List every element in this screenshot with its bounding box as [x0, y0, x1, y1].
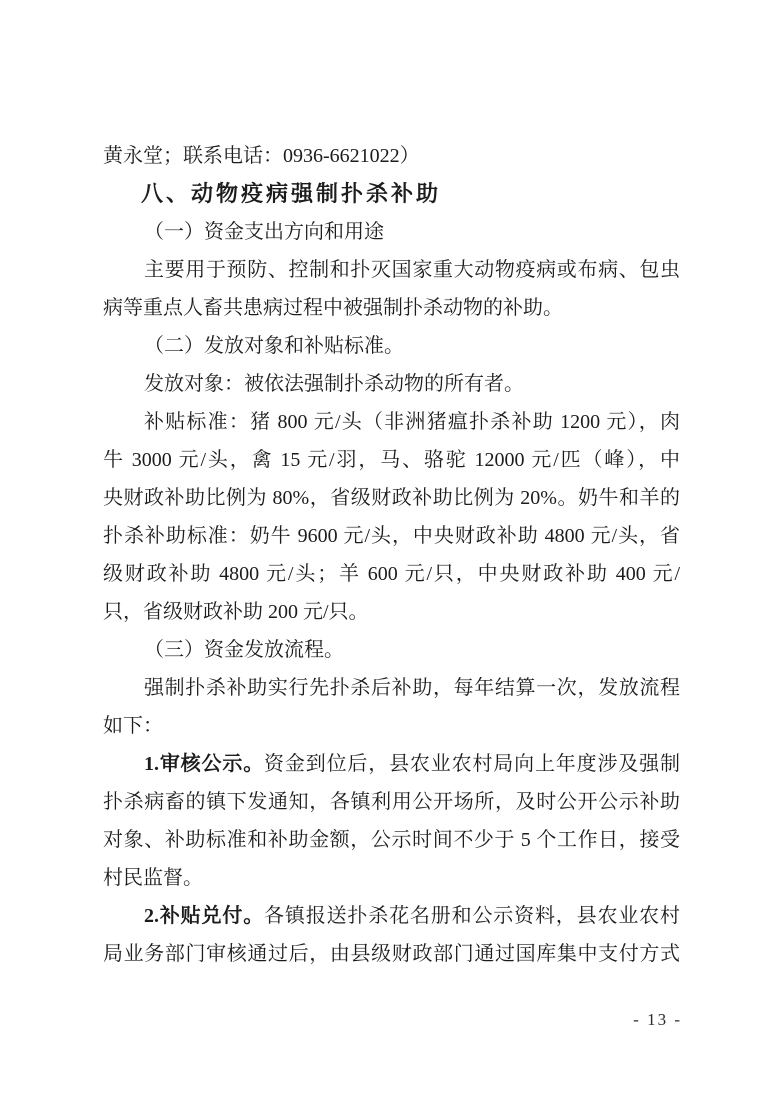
paragraph-line: 1.审核公示。资金到位后，县农业农村局向上年度涉及强制	[103, 745, 680, 783]
paragraph-line: 只，省级财政补助 200 元/只。	[103, 593, 680, 631]
paragraph-line: 发放对象：被依法强制扑杀动物的所有者。	[103, 365, 680, 403]
document-page: { "page": { "number": "- 13 -" }, "conte…	[0, 0, 780, 1103]
subsection-heading-2: （二）发放对象和补贴标准。	[103, 327, 680, 365]
paragraph-line: 局业务部门审核通过后，由县级财政部门通过国库集中支付方式	[103, 935, 680, 973]
paragraph-line: 牛 3000 元/头，禽 15 元/羽，马、骆驼 12000 元/匹（峰），中	[103, 441, 680, 479]
numbered-item-label: 1.审核公示。	[144, 753, 264, 775]
paragraph-line: 病等重点人畜共患病过程中被强制扑杀动物的补助。	[103, 289, 680, 327]
subsection-heading-1: （一）资金支出方向和用途	[103, 213, 680, 251]
paragraph-text: 资金到位后，县农业农村局向上年度涉及强制	[264, 753, 680, 775]
paragraph-line: 强制扑杀补助实行先扑杀后补助，每年结算一次，发放流程	[103, 669, 680, 707]
paragraph-line: 央财政补助比例为 80%，省级财政补助比例为 20%。奶牛和羊的	[103, 479, 680, 517]
paragraph-line: 2.补贴兑付。各镇报送扑杀花名册和公示资料，县农业农村	[103, 897, 680, 935]
paragraph-line: 对象、补助标准和补助金额，公示时间不少于 5 个工作日，接受	[103, 821, 680, 859]
paragraph-line: 主要用于预防、控制和扑灭国家重大动物疫病或布病、包虫	[103, 251, 680, 289]
paragraph-text: 各镇报送扑杀花名册和公示资料，县农业农村	[264, 905, 680, 927]
paragraph-line: 如下：	[103, 707, 680, 745]
paragraph-line: 补贴标准：猪 800 元/头（非洲猪瘟扑杀补助 1200 元），肉	[103, 403, 680, 441]
paragraph-line: 村民监督。	[103, 859, 680, 897]
paragraph-line: 扑杀病畜的镇下发通知，各镇利用公开场所，及时公开公示补助	[103, 783, 680, 821]
document-body: 黄永堂；联系电话：0936-6621022） 八、动物疫病强制扑杀补助 （一）资…	[103, 137, 680, 973]
section-heading-8: 八、动物疫病强制扑杀补助	[103, 175, 680, 213]
paragraph-line: 级财政补助 4800 元/头；羊 600 元/只，中央财政补助 400 元/	[103, 555, 680, 593]
numbered-item-label: 2.补贴兑付。	[144, 905, 264, 927]
paragraph-line: 扑杀补助标准：奶牛 9600 元/头，中央财政补助 4800 元/头，省	[103, 517, 680, 555]
page-number: - 13 -	[633, 1010, 682, 1030]
contact-info-line: 黄永堂；联系电话：0936-6621022）	[103, 137, 680, 175]
subsection-heading-3: （三）资金发放流程。	[103, 631, 680, 669]
